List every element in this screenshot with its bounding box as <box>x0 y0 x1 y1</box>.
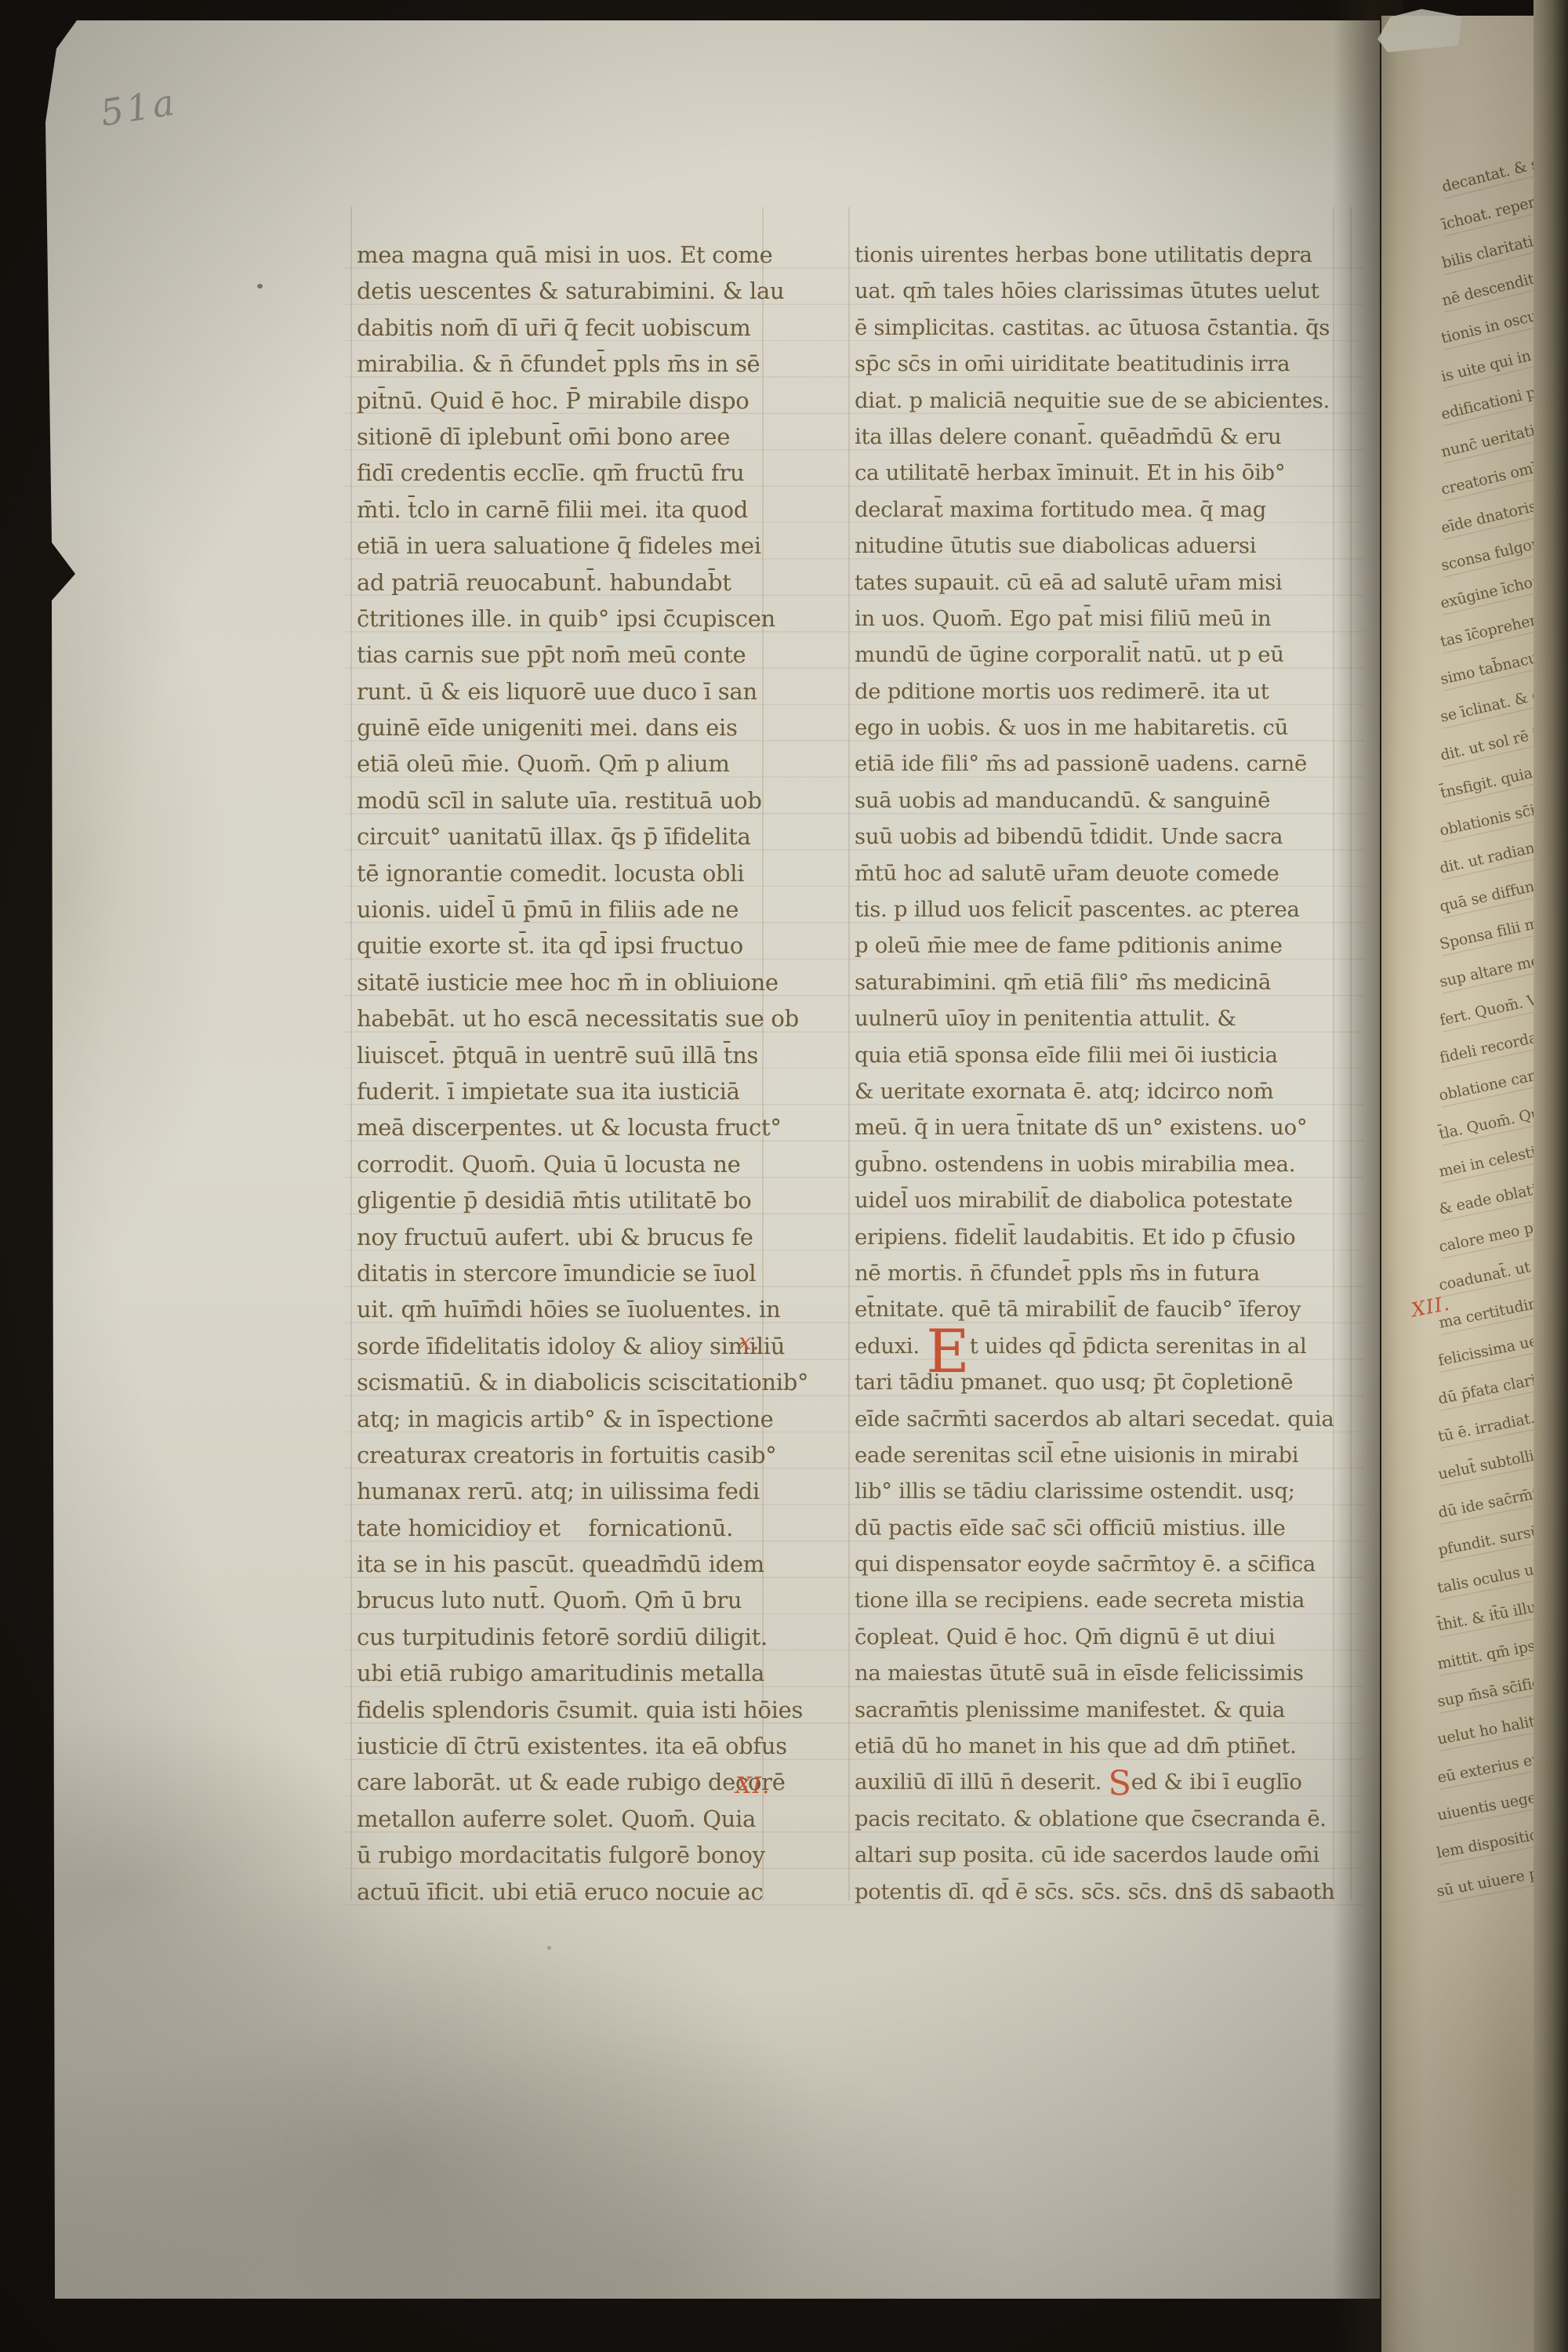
text-line: tis. p illud uos felicit̄ pascentes. ac … <box>855 891 1350 927</box>
text-line: etiā oleū m̄ie. Quom̄. Qm̄ p alium <box>357 746 766 782</box>
text-line: altari sup posita. cū ide sacerdos laude… <box>855 1837 1350 1873</box>
text-line: sitionē dī iplebunt̄ om̄i bono aree <box>357 419 766 455</box>
text-line: detis uescentes & saturabimini. & lau <box>357 273 766 309</box>
text-line: c̄tritiones ille. in quib° ipsi c̄cupisc… <box>357 601 766 637</box>
text-line: dabitis nom̄ dī ur̄i q̄ fecit uobiscum <box>357 310 766 346</box>
text-line: saturabimini. qm̄ etiā fili° m̄s medicin… <box>855 964 1350 1000</box>
rubric-margin-mark-x: x. <box>739 1328 760 1355</box>
text-line: actuū īficit. ubi etiā eruco nocuie ac <box>357 1874 766 1910</box>
text-line: quia etiā sponsa eīde filii mei ōi iusti… <box>855 1037 1350 1073</box>
text-line: etiā ide fili° m̄s ad passionē uadens. c… <box>855 746 1350 782</box>
text-line: metallon auferre solet. Quom̄. Quia <box>357 1801 766 1837</box>
text-line: liuiscet̄. p̄tquā in uentrē suū illā t̄n… <box>357 1037 766 1073</box>
text-line: potentis dī. qd̄ ē sc̄s. sc̄s. sc̄s. dns… <box>855 1874 1350 1910</box>
text-line: ē simplicitas. castitas. ac ūtuosa c̄sta… <box>855 310 1350 346</box>
text-line: uulnerū uīoy in penitentia attulit. & <box>855 1000 1350 1036</box>
text-line: eade serenitas scil̄ et̄ne uisionis in m… <box>855 1437 1350 1473</box>
text-line: in uos. Quom̄. Ego pat̄ misi filiū meū i… <box>855 601 1350 637</box>
text-line: tates supauit. cū eā ad salutē ur̄am mis… <box>855 564 1350 601</box>
book-fore-edge <box>1534 0 1568 2352</box>
text-line: diat. p maliciā nequitie sue de se abici… <box>855 383 1350 419</box>
text-line: guinē eīde unigeniti mei. dans eis <box>357 710 766 746</box>
right-text-column: tionis uirentes herbas bone utilitatis d… <box>855 237 1350 1910</box>
text-line: sp̄c sc̄s in om̄i uiriditate beatitudini… <box>855 346 1350 382</box>
text-line: decantat. & sic mistia <box>1440 100 1538 199</box>
text-line: mirabilia. & n̄ c̄fundet̄ ppls m̄s in sē <box>357 346 766 382</box>
text-line: ad patriā reuocabunt̄. habundab̄t <box>357 564 766 601</box>
facing-page-text: decantat. & sic mistiaīchoat. repente ig… <box>1443 179 1538 2139</box>
text-line: circuit° uanitatū illax. q̄s p̄ īfidelit… <box>357 818 766 855</box>
text-line: cus turpitudinis fetorē sordiū diligit. <box>357 1619 766 1655</box>
text-line: auxiliū dī illū n̄ deserit. Sed & ibi ī … <box>855 1764 1350 1800</box>
text-line: uionis. uidel̄ ū p̄mū in filiis ade ne <box>357 891 766 927</box>
text-line: creaturax creatoris in fortuitis casib° <box>357 1437 766 1473</box>
text-line: lib° illis se tādiu clarissime ostendit.… <box>855 1473 1350 1509</box>
text-line: tari tādiu pmanet. quo usq; p̄t c̄opleti… <box>855 1364 1350 1400</box>
rubric-initial: S <box>1109 1764 1131 1803</box>
text-line: qui dispensator eoyde sac̄rm̄toy ē. a sc… <box>855 1546 1350 1582</box>
text-line: declarat̄ maxima fortitudo mea. q̄ mag <box>855 492 1350 528</box>
text-line: noy fructuū aufert. ubi & brucus fe <box>357 1219 766 1255</box>
text-line: fidelis splendoris c̄sumit. quia isti hō… <box>357 1692 766 1728</box>
text-line: ca utilitatē herbax īminuit. Et in his ō… <box>855 455 1350 491</box>
text-line: sorde īfidelitatis idoloy & alioy simili… <box>357 1328 766 1364</box>
text-line: runt. ū & eis liquorē uue duco ī san <box>357 673 766 710</box>
text-line: fuderit. ī impietate sua ita iusticiā <box>357 1073 766 1109</box>
text-line: suū uobis ad bibendū t̄didit. Unde sacra <box>855 818 1350 855</box>
text-line: sitatē iusticie mee hoc m̄ in obliuione <box>357 964 766 1000</box>
text-line: tionis uirentes herbas bone utilitatis d… <box>855 237 1350 273</box>
text-line: quitie exorte st̄. ita qd̄ ipsi fructuo <box>357 927 766 964</box>
text-line: meū. q̄ in uera t̄nitate ds̄ un° existen… <box>855 1109 1350 1145</box>
text-line: gub̄no. ostendens in uobis mirabilia mea… <box>855 1146 1350 1182</box>
facing-page-edge: decantat. & sic mistiaīchoat. repente ig… <box>1381 16 1538 2352</box>
text-line: uat. qm̄ tales hōies clarissimas ūtutes … <box>855 273 1350 309</box>
line-text: ed & ibi ī euglīo <box>1131 1769 1302 1795</box>
text-line: fidī credentis ecclīe. qm̄ fructū fru <box>357 455 766 491</box>
text-line: eīde sac̄rm̄ti sacerdos ab altari seceda… <box>855 1401 1350 1437</box>
text-line: ita se in his pascūt. queadm̄dū idem <box>357 1546 766 1582</box>
text-line: habebāt. ut ho escā necessitatis sue ob <box>357 1000 766 1036</box>
text-line: sacram̄tis plenissime manifestet. & quia <box>855 1692 1350 1728</box>
text-line: atq; in magicis artib° & in īspectione <box>357 1401 766 1437</box>
text-line: m̄ti. t̄clo in carnē filii mei. ita quod <box>357 492 766 528</box>
text-line: ditatis in stercore īmundicie se īuol <box>357 1255 766 1291</box>
text-line: tate homicidioy et fornicationū. <box>357 1510 766 1546</box>
text-line: nē mortis. n̄ c̄fundet̄ ppls m̄s in futu… <box>855 1255 1350 1291</box>
line-text: eduxi. <box>855 1334 926 1359</box>
text-line: dū pactis eīde sac̄ sc̄i officiū mistius… <box>855 1510 1350 1546</box>
text-line: de pditione mortis uos redimerē. ita ut <box>855 673 1350 710</box>
text-line: uit. qm̄ huīm̄di hōies se īuoluentes. in <box>357 1291 766 1327</box>
text-line: tē ignorantie comedit. locusta obli <box>357 855 766 891</box>
text-line: tione illa se recipiens. eade secreta mi… <box>855 1582 1350 1618</box>
text-line: uidel̄ uos mirabilit̄ de diabolica potes… <box>855 1182 1350 1218</box>
left-text-column: mea magna quā misi in uos. Et comedetis … <box>357 237 766 1910</box>
text-line: brucus luto nutt̄. Quom̄. Qm̄ ū bru <box>357 1582 766 1618</box>
text-line: suā uobis ad manducandū. & sanguinē <box>855 782 1350 818</box>
text-line: eripiens. fidelit̄ laudabitis. Et ido p … <box>855 1219 1350 1255</box>
text-line: care laborāt. ut & eade rubigo decorē <box>357 1764 766 1800</box>
text-line: na maiestas ūtutē suā in eīsde felicissi… <box>855 1655 1350 1691</box>
text-line: pit̄nū. Quid ē hoc. P̄ mirabile dispo <box>357 383 766 419</box>
text-line: ubi etiā rubigo amaritudinis metalla <box>357 1655 766 1691</box>
column-guide-line <box>350 207 352 1900</box>
manuscript-page: 51a mea magna quā misi in uos. Et comede… <box>45 20 1380 2299</box>
pencil-folio-mark: 51a <box>97 81 180 135</box>
text-line: mundū de ūgine corporalit̄ natū. ut p eū <box>855 637 1350 673</box>
ink-speck <box>257 284 263 289</box>
text-line: tias carnis sue pp̄t nom̄ meū conte <box>357 637 766 673</box>
text-line: c̄opleat. Quid ē hoc. Qm̄ dignū ē ut diu… <box>855 1619 1350 1655</box>
text-line: ita illas delere conant̄. quēadm̄dū & er… <box>855 419 1350 455</box>
text-line: humanax rerū. atq; in uilissima fedi <box>357 1473 766 1509</box>
text-line: etiā dū ho manet in his que ad dm̄ ptin̄… <box>855 1728 1350 1764</box>
text-line: nitudine ūtutis sue diabolicas aduersi <box>855 528 1350 564</box>
ink-speck <box>547 1946 551 1950</box>
text-line: ū rubigo mordacitatis fulgorē bonoy <box>357 1837 766 1873</box>
text-line: meā discerpentes. ut & locusta fruct° <box>357 1109 766 1145</box>
text-line: p oleū m̄ie mee de fame pditionis anime <box>855 927 1350 964</box>
text-line: iusticie dī c̄trū existentes. ita eā obf… <box>357 1728 766 1764</box>
text-line: pacis recitato. & oblatione que c̄secran… <box>855 1801 1350 1837</box>
text-line: eduxi. Et uides qd̄ p̄dicta serenitas in… <box>855 1328 1350 1364</box>
text-line: scismatiū. & in diabolicis sciscitationi… <box>357 1364 766 1400</box>
text-line: m̄tū hoc ad salutē ur̄am deuote comede <box>855 855 1350 891</box>
column-guide-line <box>848 207 850 1900</box>
text-line: modū scīl in salute uīa. restituā uob <box>357 782 766 818</box>
text-line: corrodit. Quom̄. Quia ū locusta ne <box>357 1146 766 1182</box>
text-line: etiā in uera saluatione q̄ fideles mei <box>357 528 766 564</box>
rubric-margin-mark-xi: XI. <box>735 1772 770 1798</box>
line-text: auxiliū dī illū n̄ deserit. <box>855 1769 1109 1795</box>
line-text: t uides qd̄ p̄dicta serenitas in al <box>970 1334 1307 1359</box>
text-line: mea magna quā misi in uos. Et come <box>357 237 766 273</box>
text-line: ego in uobis. & uos in me habitaretis. c… <box>855 710 1350 746</box>
text-line: gligentie p̄ desidiā m̄tis utilitatē bo <box>357 1182 766 1218</box>
text-line: & ueritate exornata ē. atq; idcirco nom̄ <box>855 1073 1350 1109</box>
